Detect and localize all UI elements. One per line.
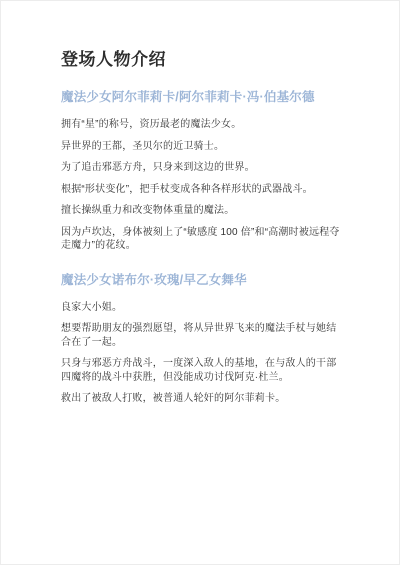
- paragraph: 异世界的王都，圣贝尔的近卫骑士。: [61, 140, 345, 154]
- paragraph: 只身与邪恶方舟战斗，一度深入敌人的基地，在与敌人的干部四魔将的战斗中获胜，但没能…: [61, 357, 345, 384]
- section-heading: 魔法少女阿尔菲莉卡/阿尔菲莉卡·冯·伯基尔德: [61, 87, 345, 105]
- paragraph: 救出了被敌人打败，被普通人轮奸的阿尔菲莉卡。: [61, 392, 345, 406]
- character-section-alfelica: 魔法少女阿尔菲莉卡/阿尔菲莉卡·冯·伯基尔德 拥有“星”的称号，资历最老的魔法少…: [61, 87, 345, 253]
- paragraph: 擅长操纵重力和改变物体重量的魔法。: [61, 204, 345, 218]
- paragraph: 想要帮助朋友的强烈愿望，将从异世界飞来的魔法手杖与她结合在了一起。: [61, 322, 345, 349]
- paragraph: 良家大小姐。: [61, 301, 345, 315]
- page-title: 登场人物介绍: [61, 45, 345, 70]
- character-section-noble-rose: 魔法少女诺布尔·玫瑰/早乙女舞华 良家大小姐。 想要帮助朋友的强烈愿望，将从异世…: [61, 270, 345, 406]
- paragraph: 为了追击邪恶方舟，只身来到这边的世界。: [61, 161, 345, 175]
- section-heading: 魔法少女诺布尔·玫瑰/早乙女舞华: [61, 270, 345, 288]
- paragraph: 因为卢坎达，身体被刻上了“敏感度 100 倍”和“高潮时被远程夺走魔力”的花纹。: [61, 226, 345, 253]
- paragraph: 拥有“星”的称号，资历最老的魔法少女。: [61, 118, 345, 132]
- document-page: 登场人物介绍 魔法少女阿尔菲莉卡/阿尔菲莉卡·冯·伯基尔德 拥有“星”的称号，资…: [0, 0, 400, 565]
- paragraph: 根据“形状变化”，把手杖变成各种各样形状的武器战斗。: [61, 183, 345, 197]
